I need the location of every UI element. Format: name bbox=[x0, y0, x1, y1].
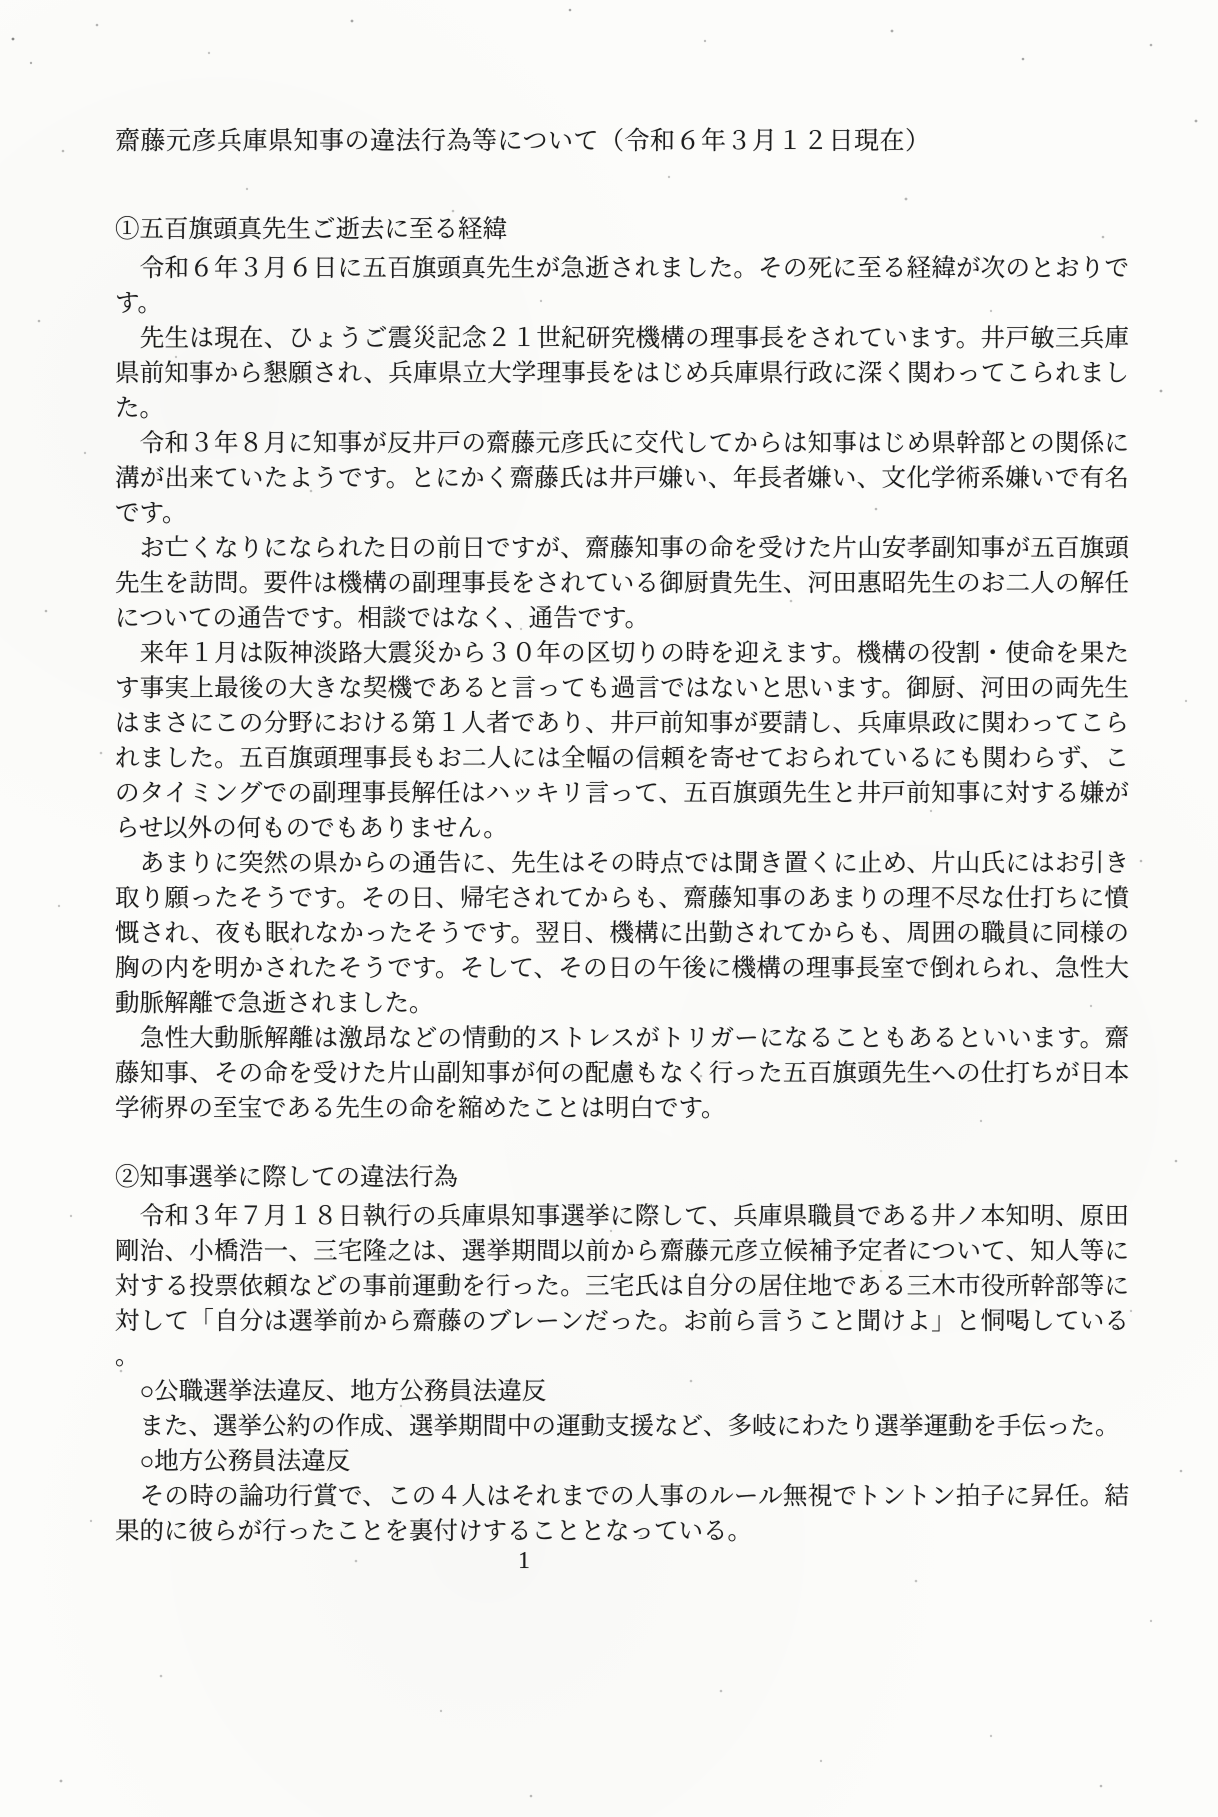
paragraph: 令和６年３月６日に五百旗頭真先生が急逝されました。その死に至る経緯が次のとおりで… bbox=[115, 251, 1129, 321]
paragraph: また、選挙公約の作成、選挙期間中の運動支援など、多岐にわたり選挙運動を手伝った。 bbox=[115, 1409, 1129, 1444]
paragraph: お亡くなりになられた日の前日ですが、齋藤知事の命を受けた片山安孝副知事が五百旗頭… bbox=[115, 531, 1129, 636]
document-content: 齋藤元彦兵庫県知事の違法行為等について（令和６年３月１２日現在） ①五百旗頭真先… bbox=[115, 122, 1129, 1549]
paragraph: 急性大動脈解離は激昂などの情動的ストレスがトリガーになることもあるといいます。齋… bbox=[115, 1021, 1129, 1126]
paragraph: その時の論功行賞で、この４人はそれまでの人事のルール無視でトントン拍子に昇任。結… bbox=[115, 1479, 1129, 1549]
paragraph: 令和３年８月に知事が反井戸の齋藤元彦氏に交代してからは知事はじめ県幹部との関係に… bbox=[115, 426, 1129, 531]
scanned-document-page: 齋藤元彦兵庫県知事の違法行為等について（令和６年３月１２日現在） ①五百旗頭真先… bbox=[0, 0, 1218, 1817]
section-1: ①五百旗頭真先生ご逝去に至る経緯 令和６年３月６日に五百旗頭真先生が急逝されまし… bbox=[115, 212, 1129, 1126]
section-2-heading: ②知事選挙に際しての違法行為 bbox=[115, 1160, 1129, 1195]
paragraph: あまりに突然の県からの通告に、先生はその時点では聞き置くに止め、片山氏にはお引き… bbox=[115, 846, 1129, 1021]
page-number: 1 bbox=[500, 1548, 548, 1575]
section-1-heading: ①五百旗頭真先生ご逝去に至る経緯 bbox=[115, 212, 1129, 247]
section-2: ②知事選挙に際しての違法行為 令和３年７月１８日執行の兵庫県知事選挙に際して、兵… bbox=[115, 1160, 1129, 1549]
scan-noise bbox=[0, 0, 2, 2]
paragraph: 先生は現在、ひょうご震災記念２１世紀研究機構の理事長をされています。井戸敏三兵庫… bbox=[115, 321, 1129, 426]
paragraph: ○公職選挙法違反、地方公務員法違反 bbox=[115, 1374, 1129, 1409]
paragraph: 来年１月は阪神淡路大震災から３０年の区切りの時を迎えます。機構の役割・使命を果た… bbox=[115, 636, 1129, 846]
document-title: 齋藤元彦兵庫県知事の違法行為等について（令和６年３月１２日現在） bbox=[115, 122, 1129, 162]
paragraph: ○地方公務員法違反 bbox=[115, 1444, 1129, 1479]
paragraph: 令和３年７月１８日執行の兵庫県知事選挙に際して、兵庫県職員である井ノ本知明、原田… bbox=[115, 1199, 1129, 1374]
